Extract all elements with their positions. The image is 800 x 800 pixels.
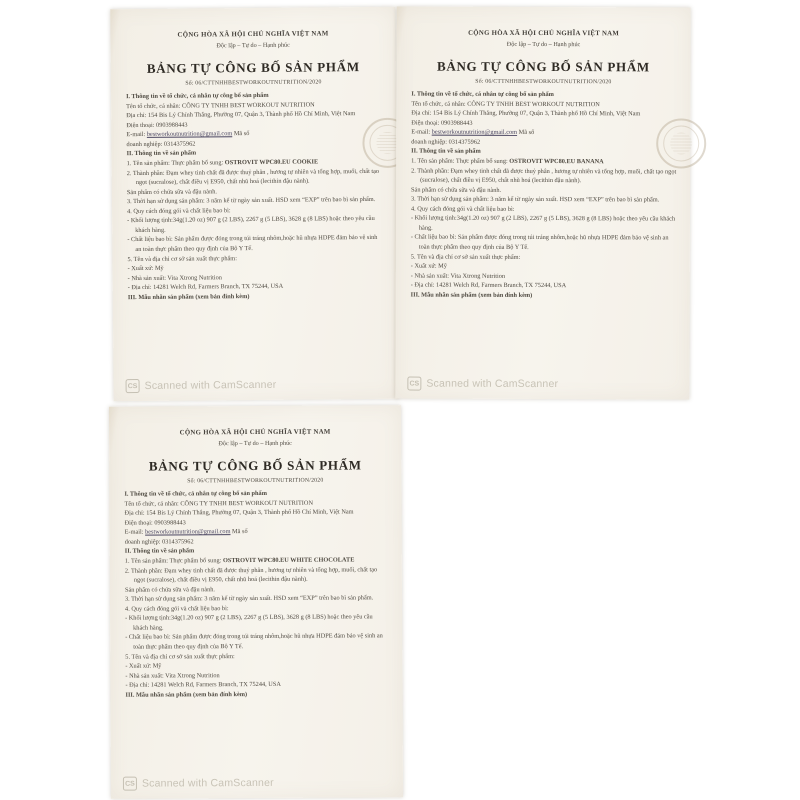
- section1-heading: I. Thông tin về tổ chức, cá nhân tự công…: [411, 90, 677, 100]
- national-motto: Độc lập – Tự do – Hạnh phúc: [111, 41, 396, 50]
- document-title: BẢNG TỰ CÔNG BỐ SẢN PHẨM: [396, 58, 690, 75]
- camscanner-label: Scanned with CamScanner: [426, 378, 558, 390]
- document-white-chocolate: CỘNG HÒA XÃ HỘI CHỦ NGHĨA VIỆT NAM Độc l…: [109, 405, 403, 799]
- national-header: CỘNG HÒA XÃ HỘI CHỦ NGHĨA VIỆT NAM: [110, 30, 395, 39]
- scanned-documents-canvas: { "camscanner": { "badge": "CS", "label"…: [0, 0, 800, 800]
- product-name-prefix: 1. Tên sản phẩm: Thực phẩm bổ sung:: [127, 159, 225, 167]
- scanned-document-page: CỘNG HÒA XÃ HỘI CHỦ NGHĨA VIỆT NAM Độc l…: [395, 6, 690, 399]
- email-suffix: Mã số: [232, 130, 249, 137]
- camscanner-label: Scanned with CamScanner: [145, 379, 277, 392]
- email-address: bestworkoutnutrition@gmail.com: [147, 130, 232, 138]
- document-body: I. Thông tin về tổ chức, cá nhân tự công…: [109, 483, 402, 700]
- scanned-document-page: CỘNG HÒA XÃ HỘI CHỦ NGHĨA VIỆT NAM Độc l…: [109, 405, 403, 799]
- camscanner-footer: CS Scanned with CamScanner: [123, 776, 274, 791]
- document-title: BẢNG TỰ CÔNG BỐ SẢN PHẨM: [111, 59, 396, 77]
- product-name-prefix: 1. Tên sản phẩm: Thực phẩm bổ sung:: [411, 157, 509, 164]
- address-line: Địa chỉ: 154 Bis Lý Chính Thắng, Phường …: [125, 507, 389, 518]
- net-weight-line: - Khối lượng tịnh:34g(1.20 oz) 907 g (2 …: [127, 214, 384, 235]
- ingredients-line: 2. Thành phần: Đạm whey tinh chất đã đượ…: [125, 565, 389, 586]
- email-address: bestworkoutnutrition@gmail.com: [145, 528, 230, 535]
- email-label: E-mail:: [126, 131, 147, 138]
- national-motto: Độc lập – Tự do – Hạnh phúc: [397, 40, 691, 48]
- product-name: OSTROVIT WPC80.EU WHITE CHOCOLATE: [223, 556, 354, 564]
- document-header: CỘNG HÒA XÃ HỘI CHỦ NGHĨA VIỆT NAM Độc l…: [110, 7, 396, 87]
- packaging-material-line: - Chất liệu bao bì: Sản phẩm được đóng t…: [411, 233, 677, 253]
- product-name: OSTROVIT WPC80.EU BANANA: [509, 158, 603, 165]
- camscanner-footer: CS Scanned with CamScanner: [407, 377, 558, 392]
- document-header: CỘNG HÒA XÃ HỘI CHỦ NGHĨA VIỆT NAM Độc l…: [396, 6, 690, 85]
- packaging-material-line: - Chất liệu bao bì: Sản phẩm được đóng t…: [125, 632, 389, 653]
- national-header: CỘNG HÒA XÃ HỘI CHỦ NGHĨA VIỆT NAM: [397, 29, 691, 37]
- document-cookie: CỘNG HÒA XÃ HỘI CHỦ NGHĨA VIỆT NAM Độc l…: [110, 7, 398, 401]
- document-header: CỘNG HÒA XÃ HỘI CHỦ NGHĨA VIỆT NAM Độc l…: [109, 405, 401, 485]
- packaging-material-line: - Chất liệu bao bì: Sản phẩm được đóng t…: [127, 233, 384, 254]
- document-body: I. Thông tin về tổ chức, cá nhân tự công…: [111, 85, 398, 303]
- section3-heading: III. Mẫu nhãn sản phẩm (xem bản đính kèm…: [125, 689, 389, 700]
- camscanner-icon: CS: [126, 379, 140, 393]
- net-weight-line: - Khối lượng tịnh:34g(1.20 oz) 907 g (2 …: [125, 613, 389, 634]
- email-address: bestworkoutnutrition@gmail.com: [432, 129, 517, 136]
- document-banana: CỘNG HÒA XÃ HỘI CHỦ NGHĨA VIỆT NAM Độc l…: [395, 6, 690, 399]
- camscanner-icon: CS: [123, 777, 137, 791]
- document-body: I. Thông tin về tổ chức, cá nhân tự công…: [396, 84, 691, 300]
- email-label: E-mail:: [411, 129, 431, 136]
- section3-heading: III. Mẫu nhãn sản phẩm (xem bản đính kèm…: [411, 290, 677, 300]
- email-suffix: Mã số: [230, 528, 247, 535]
- email-suffix: Mã số: [517, 129, 534, 136]
- national-header: CỘNG HÒA XÃ HỘI CHỦ NGHĨA VIỆT NAM: [109, 428, 401, 437]
- product-name-line: 1. Tên sản phẩm: Thực phẩm bổ sung: OSTR…: [411, 156, 677, 166]
- national-motto: Độc lập – Tự do – Hạnh phúc: [109, 439, 401, 448]
- net-weight-line: - Khối lượng tịnh:34g(1.20 oz) 907 g (2 …: [411, 214, 677, 234]
- camscanner-label: Scanned with CamScanner: [142, 777, 274, 790]
- shelf-life-line: 3. Thời hạn sử dụng sản phẩm: 3 năm kể t…: [125, 593, 389, 604]
- email-label: E-mail:: [125, 529, 146, 536]
- section3-heading: III. Mẫu nhãn sản phẩm (xem bản đính kèm…: [128, 291, 385, 303]
- address-line: Địa chỉ: 154 Bis Lý Chính Thắng, Phường …: [411, 109, 677, 119]
- scanned-document-page: CỘNG HÒA XÃ HỘI CHỦ NGHĨA VIỆT NAM Độc l…: [110, 7, 398, 401]
- manufacturer-heading: 5. Tên và địa chỉ cơ sở sản xuất thực ph…: [411, 252, 677, 262]
- product-name: OSTROVIT WPC80.EU COOKIE: [225, 158, 318, 166]
- camscanner-footer: CS Scanned with CamScanner: [126, 378, 277, 393]
- ingredients-line: 2. Thành phần: Đạm whey tinh chất đã đượ…: [411, 166, 677, 186]
- ingredients-line: 2. Thành phần: Đạm whey tinh chất đã đượ…: [127, 166, 384, 187]
- camscanner-icon: CS: [407, 377, 421, 391]
- product-name-prefix: 1. Tên sản phẩm: Thực phẩm bổ sung:: [125, 557, 223, 565]
- document-title: BẢNG TỰ CÔNG BỐ SẢN PHẨM: [109, 457, 401, 475]
- shelf-life-line: 3. Thời hạn sử dụng sản phẩm: 3 năm kể t…: [411, 195, 677, 205]
